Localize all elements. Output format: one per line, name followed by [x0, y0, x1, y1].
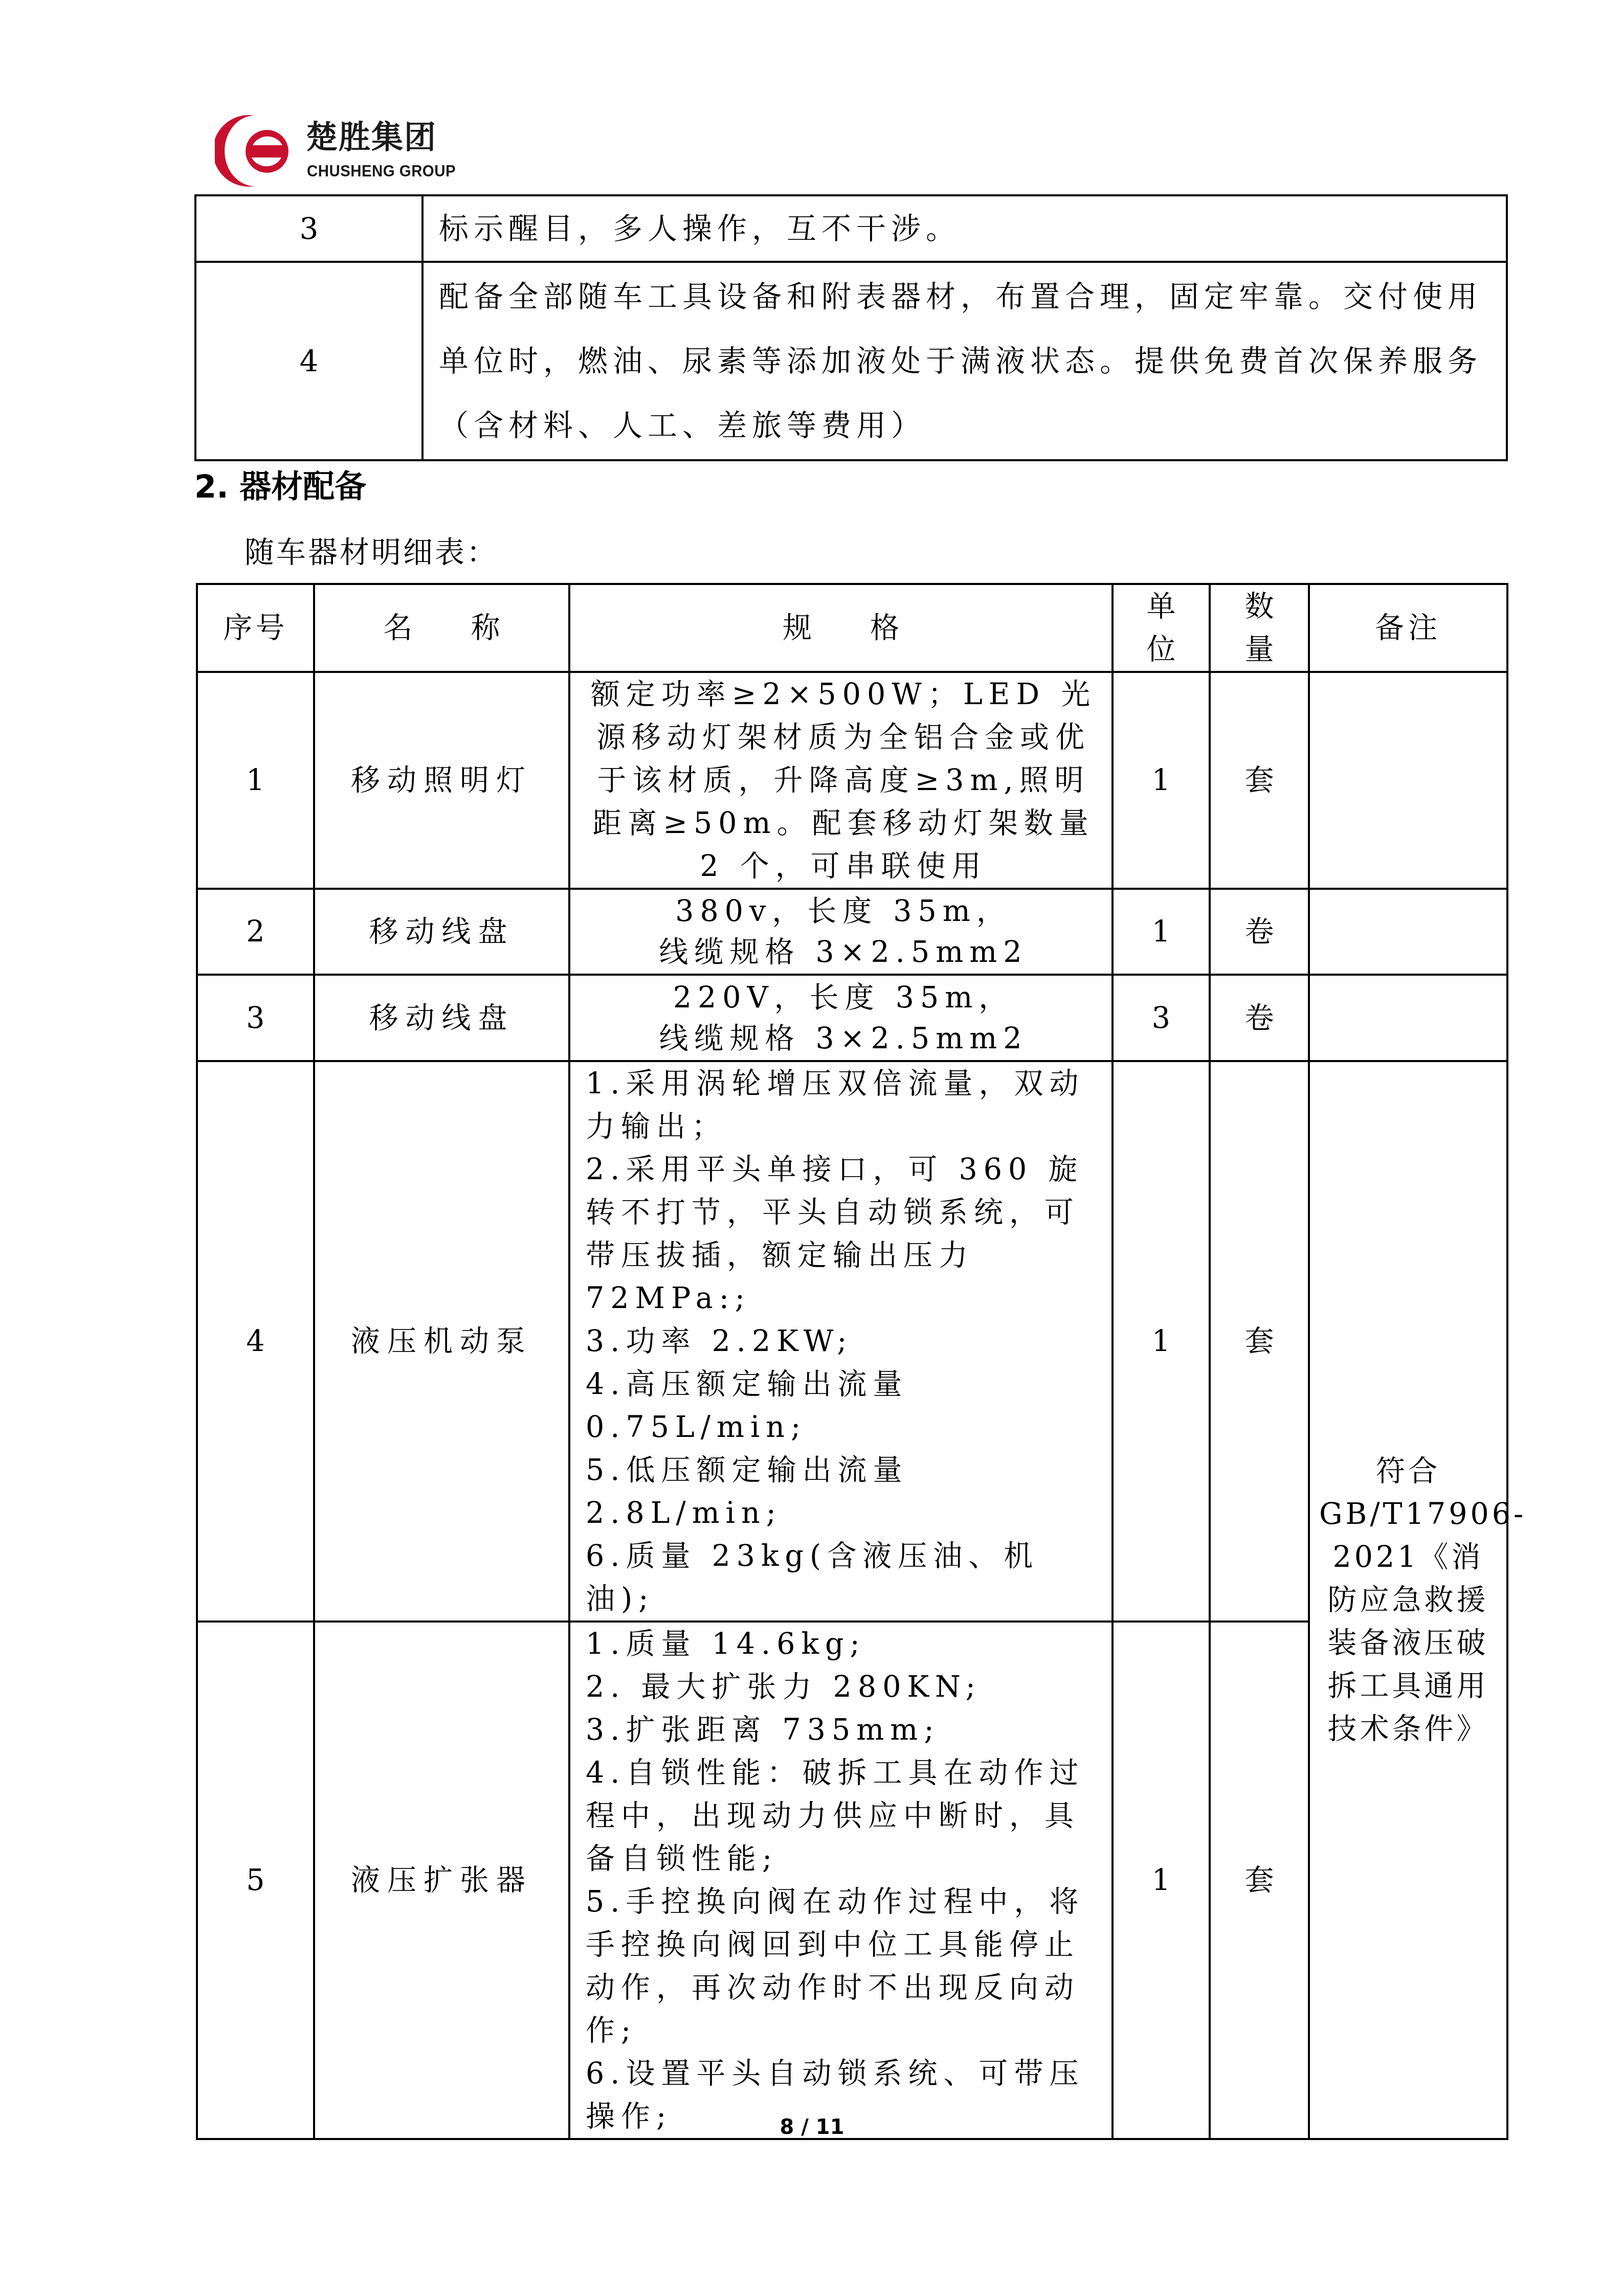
- requirement-text: 标示醒目，多人操作，互不干涉。: [422, 195, 1507, 262]
- cell-no: 1: [197, 672, 314, 889]
- table-row: 1 移动照明灯 额定功率≥2×500W；LED 光源移动灯架材质为全铝合金或优于…: [197, 672, 1507, 889]
- table-header-row: 序号 名 称 规 格 单 位 数 量 备注: [197, 584, 1507, 672]
- cell-unit: 套: [1210, 1622, 1309, 2139]
- chusheng-emblem-icon: [215, 112, 297, 189]
- cell-remark: [1309, 889, 1507, 975]
- header-quantity: 单 位: [1113, 584, 1210, 672]
- cell-spec: 1.质量 14.6kg; 2. 最大扩张力 280KN; 3.扩张距离 735m…: [569, 1622, 1113, 2139]
- table-row: 4 液压机动泵 1.采用涡轮增压双倍流量，双动力输出； 2.采用平头单接口，可 …: [197, 1061, 1507, 1622]
- header-quantity-line1: 单: [1114, 585, 1209, 628]
- cell-spec: 额定功率≥2×500W；LED 光源移动灯架材质为全铝合金或优于该材质，升降高度…: [569, 672, 1113, 889]
- cell-unit: 套: [1210, 672, 1309, 889]
- cell-name: 液压机动泵: [314, 1061, 569, 1622]
- header-name: 名 称: [314, 584, 569, 672]
- section-heading: 2. 器材配备: [194, 466, 366, 507]
- cell-no: 3: [197, 975, 314, 1061]
- cell-quantity: 1: [1113, 889, 1210, 975]
- cell-spec: 1.采用涡轮增压双倍流量，双动力输出； 2.采用平头单接口，可 360 旋转不打…: [569, 1061, 1113, 1622]
- cell-no: 2: [197, 889, 314, 975]
- table-row: 3 移动线盘 220V，长度 35m， 线缆规格 3×2.5mm2 3 卷: [197, 975, 1507, 1061]
- header-remark: 备注: [1309, 584, 1507, 672]
- cell-quantity: 1: [1113, 672, 1210, 889]
- equipment-table: 序号 名 称 规 格 单 位 数 量 备注 1 移动照明灯 额定功率≥2×500…: [196, 583, 1508, 2140]
- requirement-text: 配备全部随车工具设备和附表器材，布置合理，固定牢靠。交付使用单位时，燃油、尿素等…: [422, 262, 1507, 460]
- logo-chinese-name: 楚胜集团: [306, 122, 437, 153]
- cell-quantity: 1: [1113, 1622, 1210, 2139]
- row-number: 3: [195, 195, 422, 262]
- header-unit-line1: 数: [1211, 585, 1308, 628]
- requirements-table-continued: 3 标示醒目，多人操作，互不干涉。 4 配备全部随车工具设备和附表器材，布置合理…: [194, 194, 1508, 461]
- cell-quantity: 3: [1113, 975, 1210, 1061]
- header-no: 序号: [197, 584, 314, 672]
- cell-unit: 卷: [1210, 975, 1309, 1061]
- cell-name: 液压扩张器: [314, 1622, 569, 2139]
- cell-name: 移动线盘: [314, 975, 569, 1061]
- table-caption: 随车器材明细表：: [244, 532, 498, 573]
- header-unit-line2: 量: [1211, 628, 1308, 671]
- cell-spec: 220V，长度 35m， 线缆规格 3×2.5mm2: [569, 975, 1113, 1061]
- header-quantity-line2: 位: [1114, 628, 1209, 671]
- cell-no: 5: [197, 1622, 314, 2139]
- table-row: 4 配备全部随车工具设备和附表器材，布置合理，固定牢靠。交付使用单位时，燃油、尿…: [195, 262, 1507, 460]
- cell-unit: 套: [1210, 1061, 1309, 1622]
- cell-remark-standard: 符合GB/T17906-2021《消防应急救援装备液压破拆工具通用技术条件》: [1309, 1061, 1507, 2139]
- page-number: 8 / 11: [0, 2112, 1624, 2143]
- cell-name: 移动照明灯: [314, 672, 569, 889]
- table-row: 2 移动线盘 380v，长度 35m， 线缆规格 3×2.5mm2 1 卷: [197, 889, 1507, 975]
- cell-spec: 380v，长度 35m， 线缆规格 3×2.5mm2: [569, 889, 1113, 975]
- cell-unit: 卷: [1210, 889, 1309, 975]
- cell-no: 4: [197, 1061, 314, 1622]
- cell-remark: [1309, 672, 1507, 889]
- cell-quantity: 1: [1113, 1061, 1210, 1622]
- table-row: 3 标示醒目，多人操作，互不干涉。: [195, 195, 1507, 262]
- header-unit: 数 量: [1210, 584, 1309, 672]
- cell-name: 移动线盘: [314, 889, 569, 975]
- company-logo: 楚胜集团 CHUSHENG GROUP: [215, 112, 481, 189]
- cell-remark: [1309, 975, 1507, 1061]
- header-spec: 规 格: [569, 584, 1113, 672]
- logo-english-name: CHUSHENG GROUP: [307, 163, 456, 179]
- row-number: 4: [195, 262, 422, 460]
